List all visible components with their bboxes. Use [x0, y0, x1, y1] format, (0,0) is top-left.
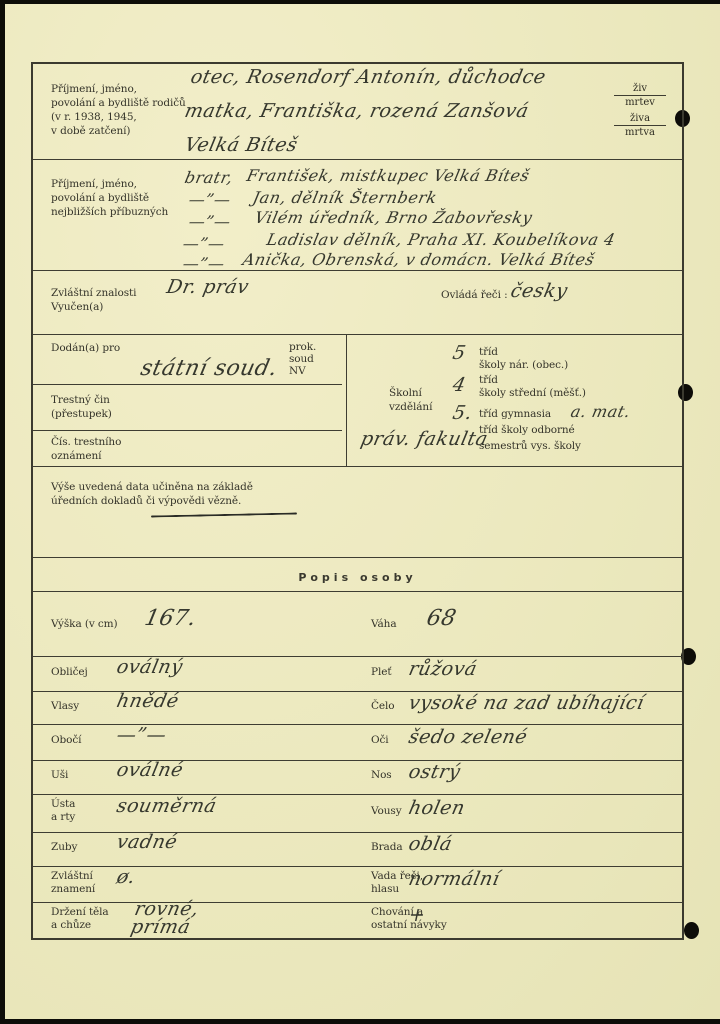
delivered-label: Dodán(a) pro — [51, 341, 120, 355]
row-right-value: vysoké na zad ubíhající — [407, 692, 647, 714]
languages-value: česky — [509, 280, 570, 302]
row-left-label: Ústa a rty — [51, 798, 75, 824]
education-count-3: 5. — [451, 402, 475, 424]
education-type-5: semestrů vys. školy — [479, 439, 581, 453]
relative-line-1: František, mistkupec Velká Bíteš — [245, 166, 531, 185]
divider — [33, 591, 682, 592]
divider — [33, 902, 682, 903]
education-type-3: tříd gymnasia — [479, 407, 551, 421]
row-left-label: Vlasy — [51, 700, 79, 713]
relative-line-4: Ladislav dělník, Praha XI. Koubelíkova 4 — [265, 230, 617, 249]
row-right-label: Nos — [371, 769, 392, 782]
row-right-label: Pleť — [371, 666, 391, 679]
row-right-value: růžová — [407, 658, 480, 680]
parents-label: Příjmení, jméno, povolání a bydliště rod… — [51, 82, 186, 138]
row-left-value: vadné — [115, 833, 179, 851]
status-dead-m: mrtev — [617, 96, 663, 109]
handwritten-underline — [151, 512, 297, 517]
row-left-label: Obličej — [51, 666, 88, 679]
relative-line-5: Anička, Obrenská, v domácn. Velká Bíteš — [241, 250, 596, 269]
relative-line-2: Jan, dělník Šternberk — [251, 188, 439, 207]
parents-line-1: otec, Rosendorf Antonín, důchodce — [189, 66, 548, 88]
education-type-2: tříd školy střední (měšť.) — [479, 374, 586, 400]
delivered-options: prok. soud NV — [289, 341, 316, 377]
education-type-1: tříd školy nár. (obec.) — [479, 346, 568, 372]
divider — [33, 466, 682, 467]
row-left-value: rovné, prímá — [129, 900, 200, 936]
divider — [33, 334, 682, 335]
height-value: 167. — [142, 606, 198, 631]
divider-vertical — [346, 334, 347, 466]
row-right-value: ostrý — [407, 761, 463, 783]
weight-label: Váha — [371, 617, 397, 631]
parent-status-mother: živa mrtva — [617, 112, 663, 139]
parent-status-father: živ mrtev — [617, 82, 663, 109]
education-university: práv. fakulta — [359, 428, 490, 450]
row-right-label: Oči — [371, 734, 389, 747]
languages-label: Ovládá řeči : — [441, 288, 508, 302]
row-left-label: Zvláštní znamení — [51, 870, 95, 896]
education-label: Školní vzdělání — [389, 386, 432, 414]
skills-label: Zvláštní znalosti Vyučen(a) — [51, 286, 136, 314]
status-dead-f: mrtva — [617, 126, 663, 139]
report-number-label: Čís. trestního oznámení — [51, 435, 121, 463]
relatives-label: Příjmení, jméno, povolání a bydliště nej… — [51, 177, 168, 219]
row-left-value: hnědé — [115, 692, 180, 710]
height-label: Výška (v cm) — [51, 617, 118, 631]
row-left-label: Uši — [51, 769, 68, 782]
education-count-1: 5 — [451, 342, 468, 364]
row-right-label: Brada — [371, 841, 402, 854]
row-right-label: Vousy — [371, 805, 402, 818]
description-heading: Popis osoby — [33, 571, 682, 584]
row-left-value: —”— — [115, 726, 168, 744]
status-alive-f: živa — [617, 112, 663, 125]
relative-prefix-1: bratr, — [183, 168, 235, 187]
row-right-value: holen — [407, 797, 467, 819]
row-right-value: normální — [407, 868, 502, 890]
divider — [33, 384, 342, 385]
parents-line-3: Velká Bíteš — [183, 134, 300, 156]
registration-form: Příjmení, jméno, povolání a bydliště rod… — [31, 62, 684, 940]
education-note-3: a. mat. — [569, 402, 632, 421]
relative-prefix-2: —”— — [187, 190, 233, 209]
row-left-value: oválné — [115, 761, 185, 779]
divider — [33, 270, 682, 271]
row-left-value: souměrná — [115, 797, 218, 815]
parents-line-2: matka, Františka, rozená Zanšová — [183, 100, 531, 122]
row-right-value: šedo zelené — [407, 726, 530, 748]
divider — [33, 430, 342, 431]
weight-value: 68 — [424, 606, 458, 631]
skills-value: Dr. práv — [165, 276, 251, 298]
relative-prefix-4: —”— — [181, 234, 227, 253]
row-left-value: ø. — [115, 868, 137, 886]
divider — [33, 557, 682, 558]
row-left-label: Zuby — [51, 841, 77, 854]
education-type-4: tříd školy odborné — [479, 423, 575, 437]
row-left-label: Držení těla a chůze — [51, 906, 109, 932]
row-left-value: oválný — [115, 658, 184, 676]
divider — [33, 159, 682, 160]
row-right-label: Čelo — [371, 700, 395, 713]
relative-line-3: Vilém úředník, Brno Žabovřesky — [253, 208, 534, 227]
relative-prefix-3: —”— — [187, 212, 233, 231]
offense-label: Trestný čin (přestupek) — [51, 393, 112, 421]
row-right-value: oblá — [407, 833, 455, 855]
delivered-value: státní soud. — [138, 356, 279, 381]
status-alive-m: živ — [617, 82, 663, 95]
education-count-2: 4 — [451, 374, 468, 396]
source-note: Výše uvedená data učiněna na základě úře… — [51, 480, 253, 508]
row-left-label: Obočí — [51, 734, 81, 747]
punch-hole — [684, 922, 699, 939]
